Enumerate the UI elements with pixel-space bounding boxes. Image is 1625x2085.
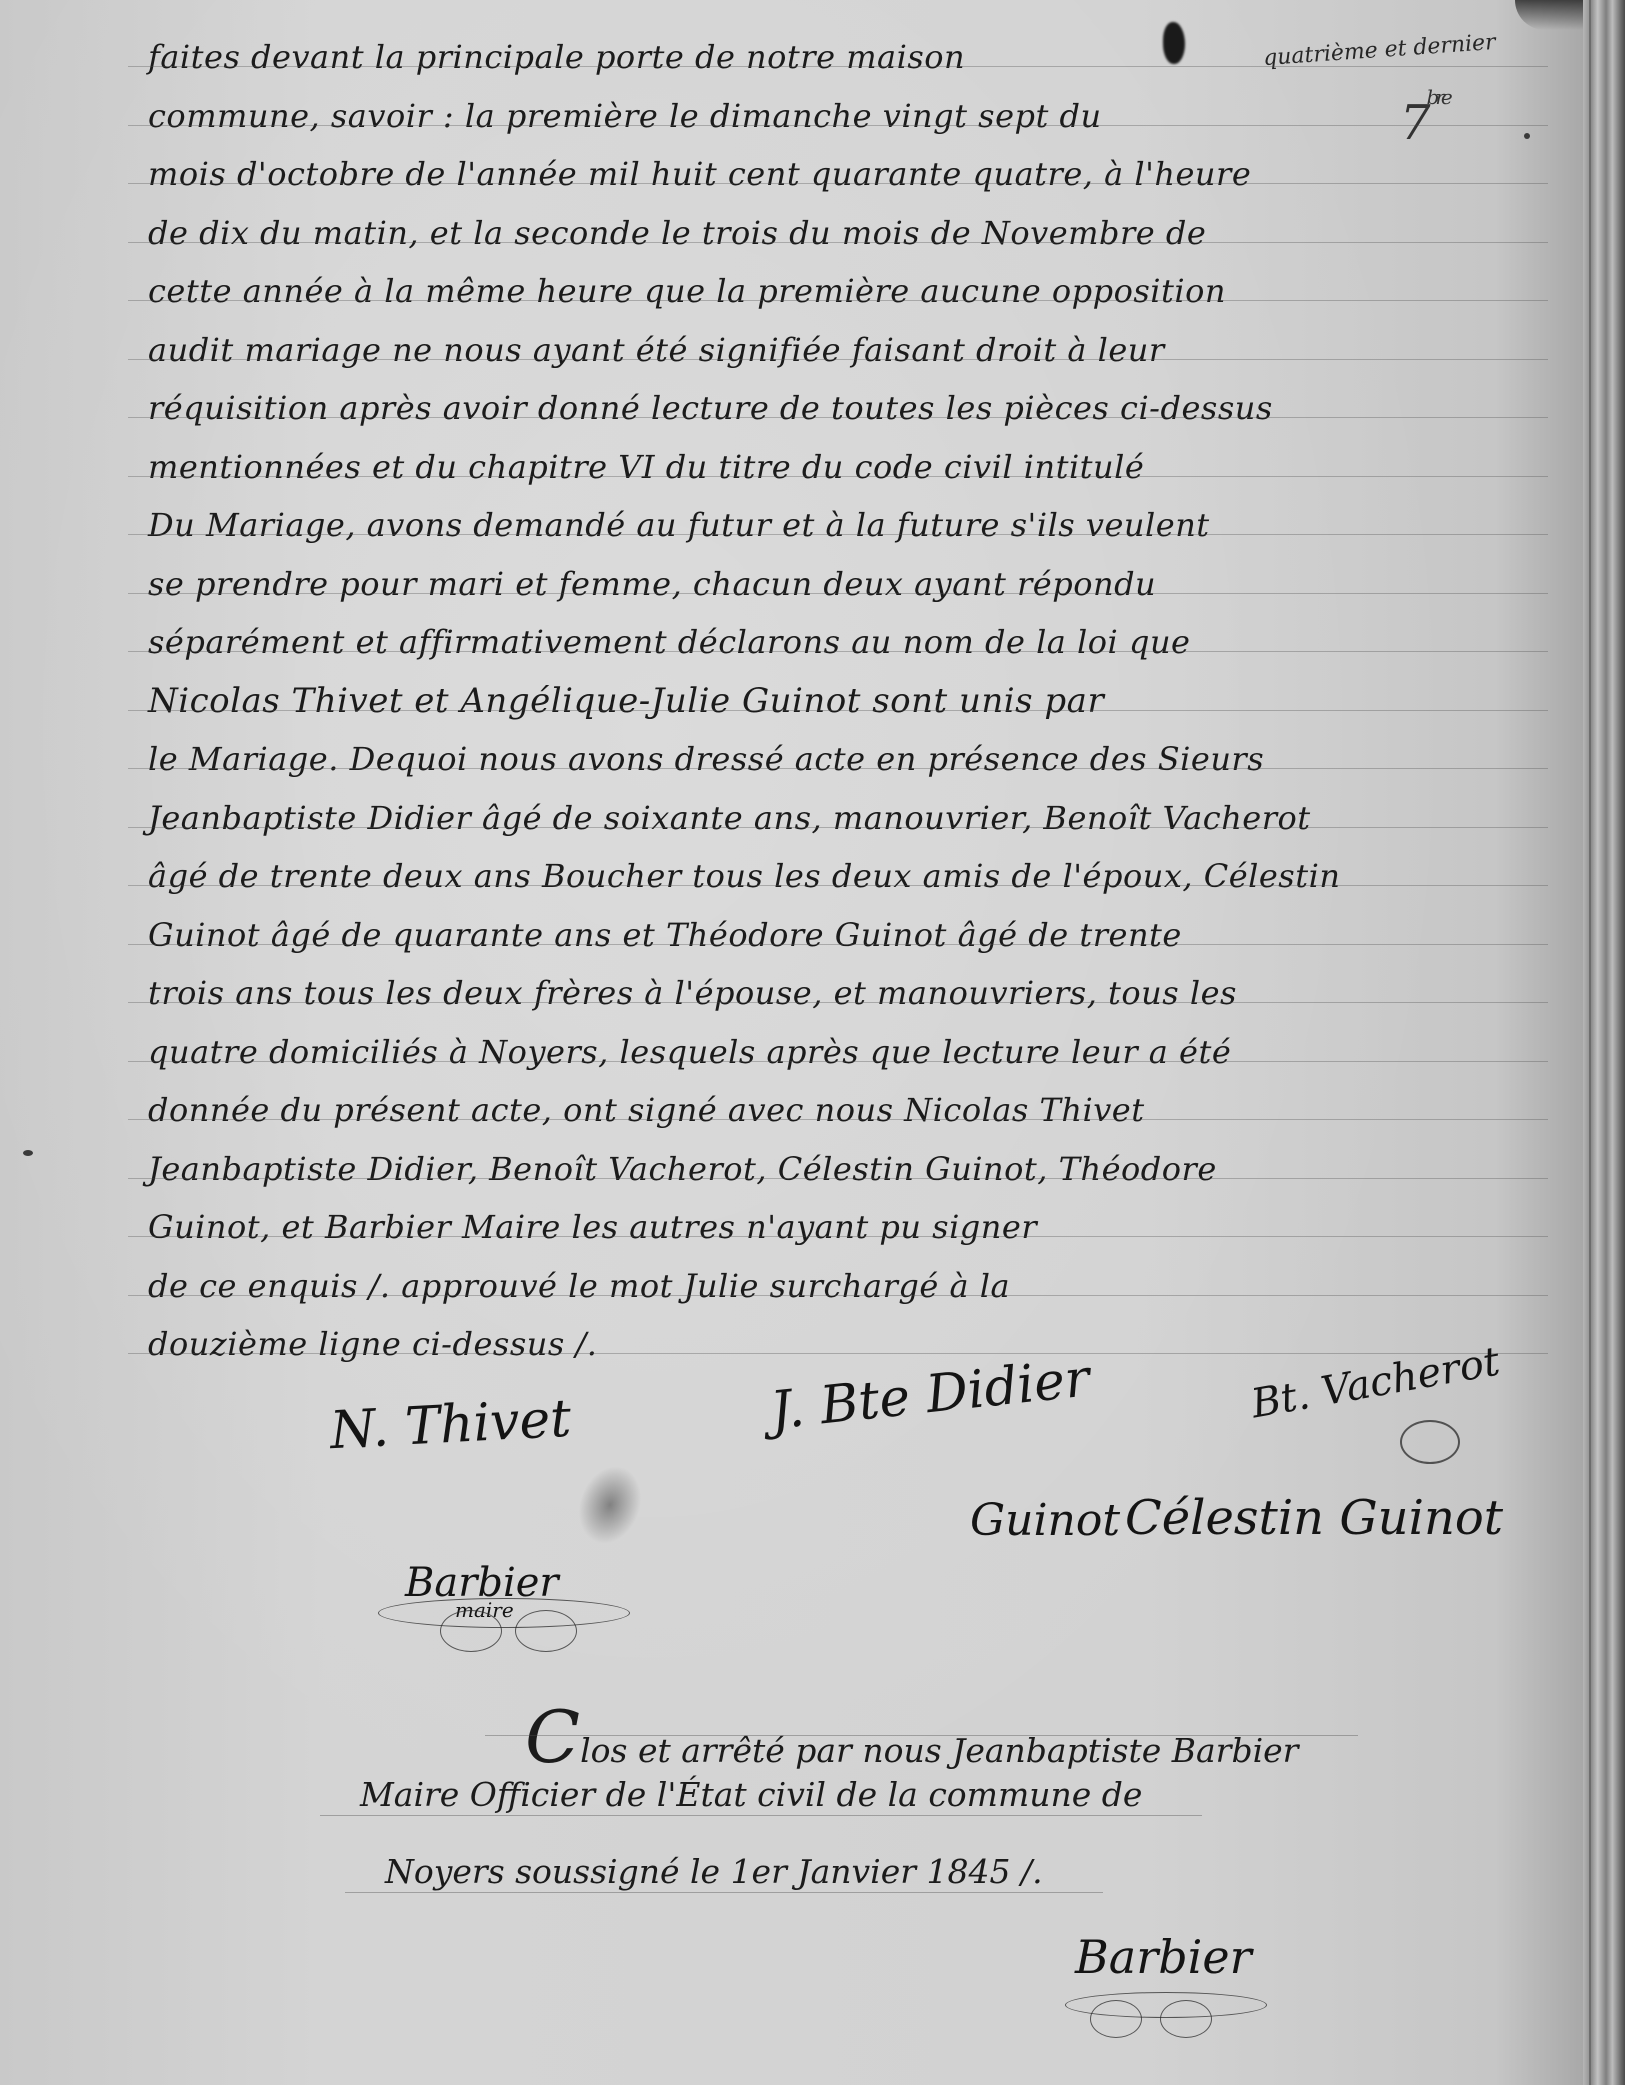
closing-line-text: Noyers soussigné le 1er Janvier 1845 /. xyxy=(385,1852,1043,1891)
closing-line-1: Clos et arrêté par nous Jeanbaptiste Bar… xyxy=(525,1695,1298,1779)
closing-initial: C xyxy=(525,1695,580,1779)
closing-statement: Clos et arrêté par nous Jeanbaptiste Bar… xyxy=(0,0,1625,2085)
signature-flourish xyxy=(1160,2000,1212,2038)
closing-line-text: Maire Officier de l'État civil de la com… xyxy=(360,1775,1142,1814)
closing-line-text: los et arrêté par nous Jeanbaptiste Barb… xyxy=(580,1731,1298,1770)
paper-speck xyxy=(1524,133,1530,139)
closing-line-3: Noyers soussigné le 1er Janvier 1845 /. xyxy=(385,1852,1043,1891)
register-page: quatrième et dernier 7bre faites devant … xyxy=(0,0,1625,2085)
final-signature-barbier: Barbier xyxy=(1075,1930,1252,1984)
closing-line-2: Maire Officier de l'État civil de la com… xyxy=(360,1775,1142,1814)
signature-flourish xyxy=(1090,2000,1142,2038)
paper-speck xyxy=(23,1150,33,1156)
